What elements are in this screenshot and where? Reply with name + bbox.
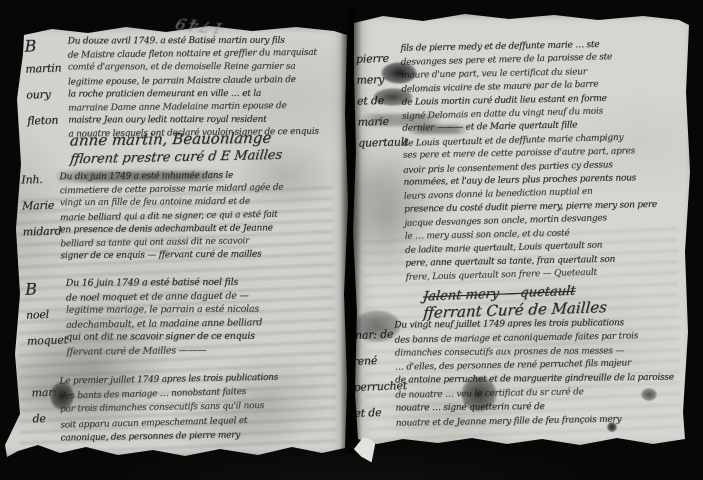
- margin-word: mar:: [31, 380, 57, 407]
- margin-word: martin: [25, 61, 62, 88]
- margin-word: et de: [357, 89, 408, 111]
- margin-note: Inh. Marie midard: [21, 166, 62, 245]
- margin-note: mar: de: [31, 380, 58, 433]
- signature-block: Jalent mery — quetault fferrant Curé de …: [423, 282, 607, 320]
- entry-text-block: Le premier juillet 1749 apres les trois …: [59, 369, 346, 446]
- entry-text-block: Du douze avril 1749. a esté Batisé marti…: [68, 34, 345, 142]
- manuscript-line: signer de ce enquis — ffervant curé de m…: [60, 248, 344, 264]
- margin-word: quertault: [358, 131, 409, 153]
- margin-word: fleton: [27, 113, 64, 140]
- margin-word: noel: [26, 301, 68, 328]
- margin-word: marie: [357, 110, 408, 132]
- margin-word: B: [25, 275, 67, 302]
- entry-text-block: fils de pierre medy et de deffunte marie…: [400, 37, 689, 285]
- margin-word: pierre: [356, 47, 407, 69]
- margin-word: oury: [26, 87, 63, 114]
- signature-line: fflorent prestre curé d E Mailles: [69, 148, 283, 167]
- margin-word: mery: [356, 68, 407, 90]
- margin-word: Marie: [22, 191, 61, 218]
- margin-note: B martin oury fleton: [24, 35, 64, 140]
- entry-text-block: Du vingt neuf juillet 1749 apres les tro…: [394, 316, 688, 430]
- scanned-manuscript-spread: B martin oury fleton Du douze avril 1749…: [0, 0, 703, 480]
- margin-word: de: [32, 406, 58, 433]
- margin-note: B noel moquet: [25, 275, 69, 354]
- margin-word: moquet: [26, 327, 68, 354]
- margin-word: B: [24, 35, 61, 62]
- margin-word: midard: [22, 217, 61, 244]
- signature-line: anne martin, Beauonlange: [69, 129, 283, 150]
- entry-text-block: Du 16 juin 1749 a esté batisé noel fils …: [66, 275, 339, 358]
- margin-word: Inh.: [21, 166, 60, 193]
- right-page: pierre mery et de marie quertault fils d…: [351, 12, 692, 448]
- left-page: B martin oury fleton Du douze avril 1749…: [4, 24, 349, 458]
- signature-block: anne martin, Beauonlange fflorent prestr…: [70, 130, 282, 165]
- manuscript-line: ffervant curé de Mailles ———: [66, 342, 338, 359]
- entry-text-block: Du dix juin 1749 a esté inhumée dans le …: [59, 168, 344, 264]
